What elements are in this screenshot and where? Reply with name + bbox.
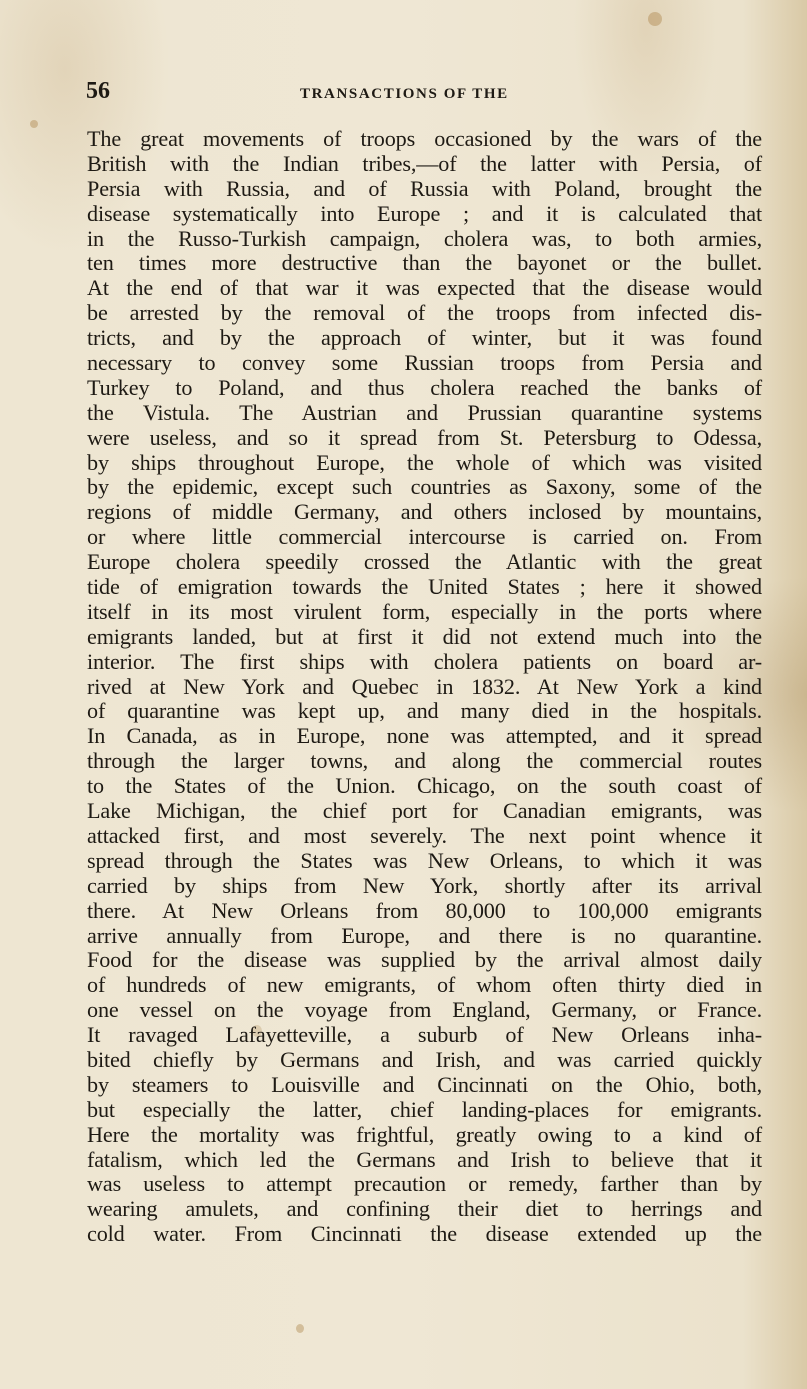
text-line: fatalism, which led the Germans and Iris… bbox=[87, 1148, 762, 1173]
paper-stain bbox=[30, 120, 38, 128]
text-line: of hundreds of new emigrants, of whom of… bbox=[87, 973, 762, 998]
text-line: by steamers to Louisville and Cincinnati… bbox=[87, 1073, 762, 1098]
text-line: attacked first, and most severely. The n… bbox=[87, 824, 762, 849]
text-line: At the end of that war it was expected t… bbox=[87, 276, 762, 301]
text-line: through the larger towns, and along the … bbox=[87, 749, 762, 774]
text-line: bited chiefly by Germans and Irish, and … bbox=[87, 1048, 762, 1073]
text-line: The great movements of troops occasioned… bbox=[87, 127, 762, 152]
text-line: the Vistula. The Austrian and Prussian q… bbox=[87, 401, 762, 426]
text-line: It ravaged Lafayetteville, a suburb of N… bbox=[87, 1023, 762, 1048]
text-line: Food for the disease was supplied by the… bbox=[87, 948, 762, 973]
text-line: regions of middle Germany, and others in… bbox=[87, 500, 762, 525]
page-number: 56 bbox=[86, 78, 110, 105]
text-line: itself in its most virulent form, especi… bbox=[87, 600, 762, 625]
text-line: tricts, and by the approach of winter, b… bbox=[87, 326, 762, 351]
text-line: or where little commercial intercourse i… bbox=[87, 525, 762, 550]
text-line: Lake Michigan, the chief port for Canadi… bbox=[87, 799, 762, 824]
text-line: were useless, and so it spread from St. … bbox=[87, 426, 762, 451]
text-line: there. At New Orleans from 80,000 to 100… bbox=[87, 899, 762, 924]
text-line: one vessel on the voyage from England, G… bbox=[87, 998, 762, 1023]
paper-stain bbox=[296, 1324, 304, 1333]
text-line: Persia with Russia, and of Russia with P… bbox=[87, 177, 762, 202]
text-line: tide of emigration towards the United St… bbox=[87, 575, 762, 600]
text-line: be arrested by the removal of the troops… bbox=[87, 301, 762, 326]
text-line: disease systematically into Europe ; and… bbox=[87, 202, 762, 227]
text-line: carried by ships from New York, shortly … bbox=[87, 874, 762, 899]
text-line: Europe cholera speedily crossed the Atla… bbox=[87, 550, 762, 575]
text-line: in the Russo-Turkish campaign, cholera w… bbox=[87, 227, 762, 252]
text-line: In Canada, as in Europe, none was attemp… bbox=[87, 724, 762, 749]
text-line: Here the mortality was frightful, greatl… bbox=[87, 1123, 762, 1148]
text-line: arrive annually from Europe, and there i… bbox=[87, 924, 762, 949]
paper-stain bbox=[648, 12, 662, 26]
text-line: emigrants landed, but at first it did no… bbox=[87, 625, 762, 650]
text-line: Turkey to Poland, and thus cholera reach… bbox=[87, 376, 762, 401]
text-line: British with the Indian tribes,—of the l… bbox=[87, 152, 762, 177]
text-line: spread through the States was New Orlean… bbox=[87, 849, 762, 874]
text-line: necessary to convey some Russian troops … bbox=[87, 351, 762, 376]
text-line: cold water. From Cincinnati the disease … bbox=[87, 1222, 762, 1247]
text-line: but especially the latter, chief landing… bbox=[87, 1098, 762, 1123]
body-paragraph: The great movements of troops occasioned… bbox=[87, 127, 762, 1247]
text-line: by ships throughout Europe, the whole of… bbox=[87, 451, 762, 476]
text-line: interior. The first ships with cholera p… bbox=[87, 650, 762, 675]
text-line: was useless to attempt precaution or rem… bbox=[87, 1172, 762, 1197]
text-line: ten times more destructive than the bayo… bbox=[87, 251, 762, 276]
text-line: of quarantine was kept up, and many died… bbox=[87, 699, 762, 724]
book-page: 56 TRANSACTIONS OF THE The great movemen… bbox=[0, 0, 807, 1389]
text-line: by the epidemic, except such countries a… bbox=[87, 475, 762, 500]
running-head: TRANSACTIONS OF THE bbox=[300, 86, 509, 103]
page-header: 56 TRANSACTIONS OF THE bbox=[86, 78, 766, 108]
text-line: rived at New York and Quebec in 1832. At… bbox=[87, 675, 762, 700]
text-line: wearing amulets, and confining their die… bbox=[87, 1197, 762, 1222]
text-line: to the States of the Union. Chicago, on … bbox=[87, 774, 762, 799]
